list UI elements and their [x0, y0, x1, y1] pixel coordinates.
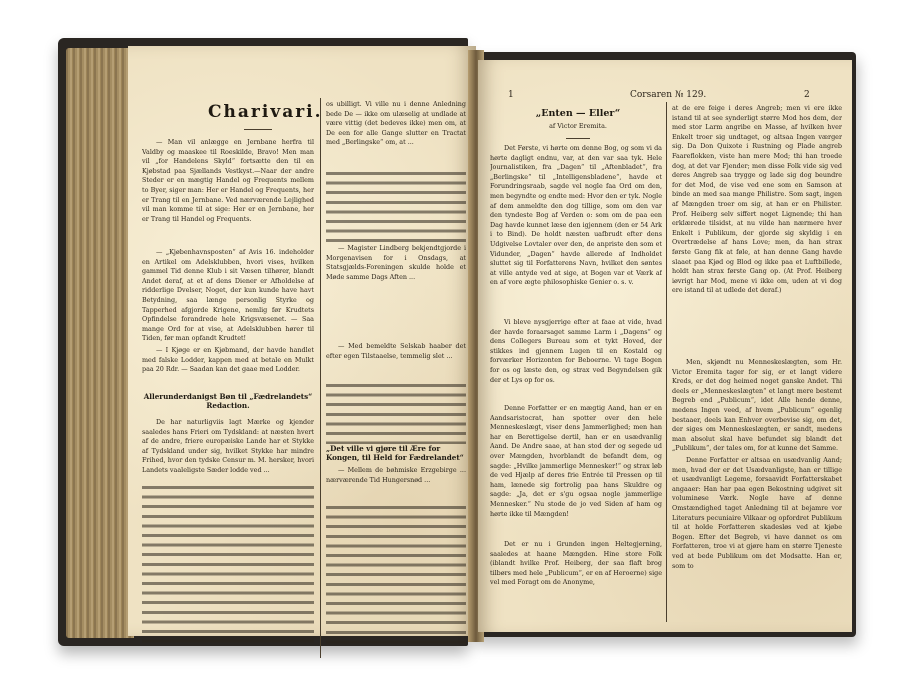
article-byline: af Victor Eremita. — [498, 122, 658, 132]
left-col2-para4: — Mellem de bøhmiske Erzgebirge ... nærv… — [326, 466, 466, 506]
left-col1-heading: Allerunderdanigst Bøn til „Fædrelandets“… — [142, 392, 314, 410]
page-edges — [66, 48, 134, 638]
page-number-left: 1 — [508, 90, 514, 100]
left-page: Charivari. — Man vil anlægge en Jernbane… — [128, 46, 476, 636]
running-head: Corsaren № 129. — [630, 90, 706, 100]
page-number-right: 2 — [804, 90, 810, 100]
article-title: „Enten — Eller“ — [498, 108, 658, 119]
column-divider — [320, 98, 321, 658]
left-col2-para1: os ubilligt. Vi ville nu i denne Anledni… — [326, 100, 466, 170]
left-col2-text-lines-2 — [326, 384, 466, 444]
left-page-title: Charivari. — [208, 102, 323, 122]
byline-rule — [566, 138, 590, 139]
right-col1-para3: Denne Forfatter er en mægtig Aand, han e… — [490, 404, 662, 538]
right-col2-para3: Denne Forfatter er altsaa en usædvanlig … — [672, 456, 842, 598]
left-col2-para2: — Magister Lindberg bekjendtgjorde i Mor… — [326, 244, 466, 304]
right-col1-para1: Det Første, vi hørte om denne Bog, og so… — [490, 144, 662, 316]
right-col2-para1: at de ere feige i deres Angreb; men vi e… — [672, 104, 842, 356]
left-col2-bold-quote: „Det ville vi gjøre til Ære for Kongen, … — [326, 444, 466, 462]
left-col2-para3: — Med bemeldte Selskab haaber det efter … — [326, 342, 466, 382]
left-col1-text-lines — [142, 486, 314, 646]
right-col1-para2: Vi bleve nysgjerrige efter at faae at vi… — [490, 318, 662, 402]
left-col2-text-lines-3 — [326, 506, 466, 646]
right-col2-para2: Men, skjøndt nu Menneskeslægten, som Hr.… — [672, 358, 842, 454]
right-page: 1 Corsaren № 129. 2 „Enten — Eller“ af V… — [478, 60, 852, 632]
right-col1-para4: Det er nu i Grunden ingen Heltegjerning,… — [490, 540, 662, 598]
column-divider — [666, 102, 667, 622]
left-col2-text-lines-1 — [326, 172, 466, 242]
title-rule — [244, 129, 272, 130]
left-col1-para3: — I Kjøge er en Kjøbmand, der havde hand… — [142, 346, 314, 386]
